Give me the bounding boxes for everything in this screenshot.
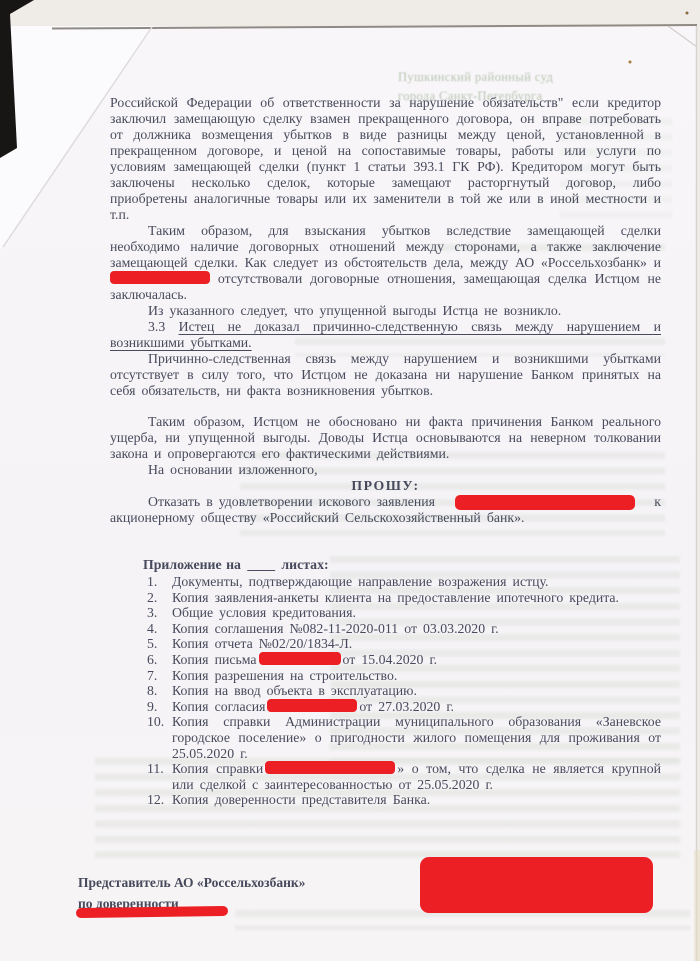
text-run: Копия согласия xyxy=(172,699,265,714)
attachment-item: 8.Копия на ввод объекта в эксплуатацию. xyxy=(147,683,661,699)
text-run: Копия письма xyxy=(172,652,257,667)
attachment-number: 9. xyxy=(147,699,172,715)
attachment-text: Копия справки» о том, что сделка не явля… xyxy=(172,761,661,792)
attachment-text: Копия отчета №02/20/1834-Л. xyxy=(172,636,661,652)
text-run: Копия разрешения на строительство. xyxy=(172,668,397,683)
attachments-title: Приложение на ____ листах: xyxy=(143,557,661,573)
attachment-item: 12.Копия доверенности представителя Банк… xyxy=(147,792,661,808)
scanned-document-page: { "colors": { "paper": "#f6f4f6", "ink":… xyxy=(0,0,700,961)
attachment-item: 6.Копия письмаот 15.04.2020 г. xyxy=(147,652,661,668)
redaction-box xyxy=(110,271,210,284)
text-run: Копия заявления-анкеты клиента на предос… xyxy=(172,590,619,605)
attachment-number: 6. xyxy=(147,652,172,668)
attachment-item: 5.Копия отчета №02/20/1834-Л. xyxy=(147,636,661,652)
attachment-number: 10. xyxy=(147,714,172,761)
text-run: от 15.04.2020 г. xyxy=(343,652,437,667)
signature-line: Представитель АО «Россельхозбанк» xyxy=(78,872,305,893)
text-run: Из указанного следует, что упущенной выг… xyxy=(148,303,561,318)
attachment-text: Общие условия кредитования. xyxy=(172,605,661,621)
text-run: Причинно-следственная связь между наруше… xyxy=(110,351,661,398)
text-run: Таким образом, Истцом не обосновано ни ф… xyxy=(110,414,661,461)
redaction-box xyxy=(265,761,395,774)
text-run: Копия на ввод объекта в эксплуатацию. xyxy=(172,683,417,698)
attachment-number: 3. xyxy=(147,605,172,621)
text-run: Копия доверенности представителя Банка. xyxy=(172,792,430,807)
text-run: Российской Федерации об ответственности … xyxy=(110,95,661,222)
attachment-text: Копия заявления-анкеты клиента на предос… xyxy=(172,590,661,606)
attachment-number: 11. xyxy=(147,761,172,792)
request-line: Отказать в удовлетворении искового заявл… xyxy=(110,494,661,510)
attachment-item: 3.Общие условия кредитования. xyxy=(147,605,661,621)
text-run: Копия соглашения №082-11-2020-011 от 03.… xyxy=(172,621,499,636)
attachment-text: Копия разрешения на строительство. xyxy=(172,668,661,684)
paragraph: Российской Федерации об ответственности … xyxy=(110,95,661,223)
request-heading: ПРОШУ: xyxy=(110,478,661,494)
request-line: акционерному обществу «Российский Сельск… xyxy=(110,510,661,526)
attachment-item: 2.Копия заявления-анкеты клиента на пред… xyxy=(147,590,661,606)
attachment-text: Документы, подтверждающие направление во… xyxy=(172,574,661,590)
underlined-text: Истец не доказал причинно-следственную с… xyxy=(110,319,661,350)
attachment-text: Копия на ввод объекта в эксплуатацию. xyxy=(172,683,661,699)
paragraph: Таким образом, Истцом не обосновано ни ф… xyxy=(110,414,661,462)
document-body: Российской Федерации об ответственности … xyxy=(110,95,661,808)
redaction-box xyxy=(267,699,357,712)
attachment-item: 7.Копия разрешения на строительство. xyxy=(147,668,661,684)
text-run: от 27.03.2020 г. xyxy=(359,699,453,714)
attachment-number: 5. xyxy=(147,636,172,652)
text-run: Копия отчета №02/20/1834-Л. xyxy=(172,636,352,651)
paragraph: Из указанного следует, что упущенной выг… xyxy=(110,303,661,319)
request-text-pre: Отказать в удовлетворении искового заявл… xyxy=(148,494,435,510)
attachment-text: Копия письмаот 15.04.2020 г. xyxy=(172,652,661,668)
attachment-number: 2. xyxy=(147,590,172,606)
attachment-number: 1. xyxy=(147,574,172,590)
attachment-item: 4.Копия соглашения №082-11-2020-011 от 0… xyxy=(147,621,661,637)
bleed-line: Пушкинский районный суд xyxy=(398,68,618,87)
redaction-strike-signature-phone xyxy=(76,906,228,918)
text-run: На основании изложенного, xyxy=(148,462,318,477)
paragraph: Таким образом, для взыскания убытков всл… xyxy=(110,223,661,303)
paragraph: На основании изложенного, xyxy=(110,462,661,478)
attachments-list: 1.Документы, подтверждающие направление … xyxy=(110,574,661,808)
attachment-text: Копия доверенности представителя Банка. xyxy=(172,792,661,808)
paper-speck xyxy=(686,12,689,15)
paragraph: 3.3 Истец не доказал причинно-следственн… xyxy=(110,319,661,351)
text-run: Копия справки Администрации муниципально… xyxy=(172,714,661,760)
attachment-number: 12. xyxy=(147,792,172,808)
text-run: 3.3 xyxy=(148,319,179,334)
attachments-title-pre: Приложение на xyxy=(143,557,241,572)
redaction-box-signature-stamp xyxy=(420,857,653,913)
body-paragraphs: Российской Федерации об ответственности … xyxy=(110,95,661,478)
attachment-text: Копия согласияот 27.03.2020 г. xyxy=(172,699,661,715)
text-run: Копия справки xyxy=(172,761,263,776)
text-run: Документы, подтверждающие направление во… xyxy=(172,574,548,589)
attachment-text: Копия справки Администрации муниципально… xyxy=(172,714,661,761)
attachment-number: 8. xyxy=(147,683,172,699)
attachment-text: Копия соглашения №082-11-2020-011 от 03.… xyxy=(172,621,661,637)
attachments-title-post: листах: xyxy=(281,557,328,572)
attachment-item: 1.Документы, подтверждающие направление … xyxy=(147,574,661,590)
attachment-item: 11.Копия справки» о том, что сделка не я… xyxy=(147,761,661,792)
redaction-box xyxy=(259,652,341,665)
attachment-item: 9.Копия согласияот 27.03.2020 г. xyxy=(147,699,661,715)
attachment-number: 7. xyxy=(147,668,172,684)
redaction-box-plaintiff-name xyxy=(455,495,635,510)
attachments-blank-line: ____ xyxy=(245,557,277,572)
attachment-item: 10.Копия справки Администрации муниципал… xyxy=(147,714,661,761)
attachment-number: 4. xyxy=(147,621,172,637)
attachments-section: Приложение на ____ листах: 1.Документы, … xyxy=(110,557,661,808)
text-run: Общие условия кредитования. xyxy=(172,605,356,620)
request-text-post: к xyxy=(654,494,661,510)
text-run: Таким образом, для взыскания убытков всл… xyxy=(110,223,661,270)
paragraph: Причинно-следственная связь между наруше… xyxy=(110,351,661,399)
